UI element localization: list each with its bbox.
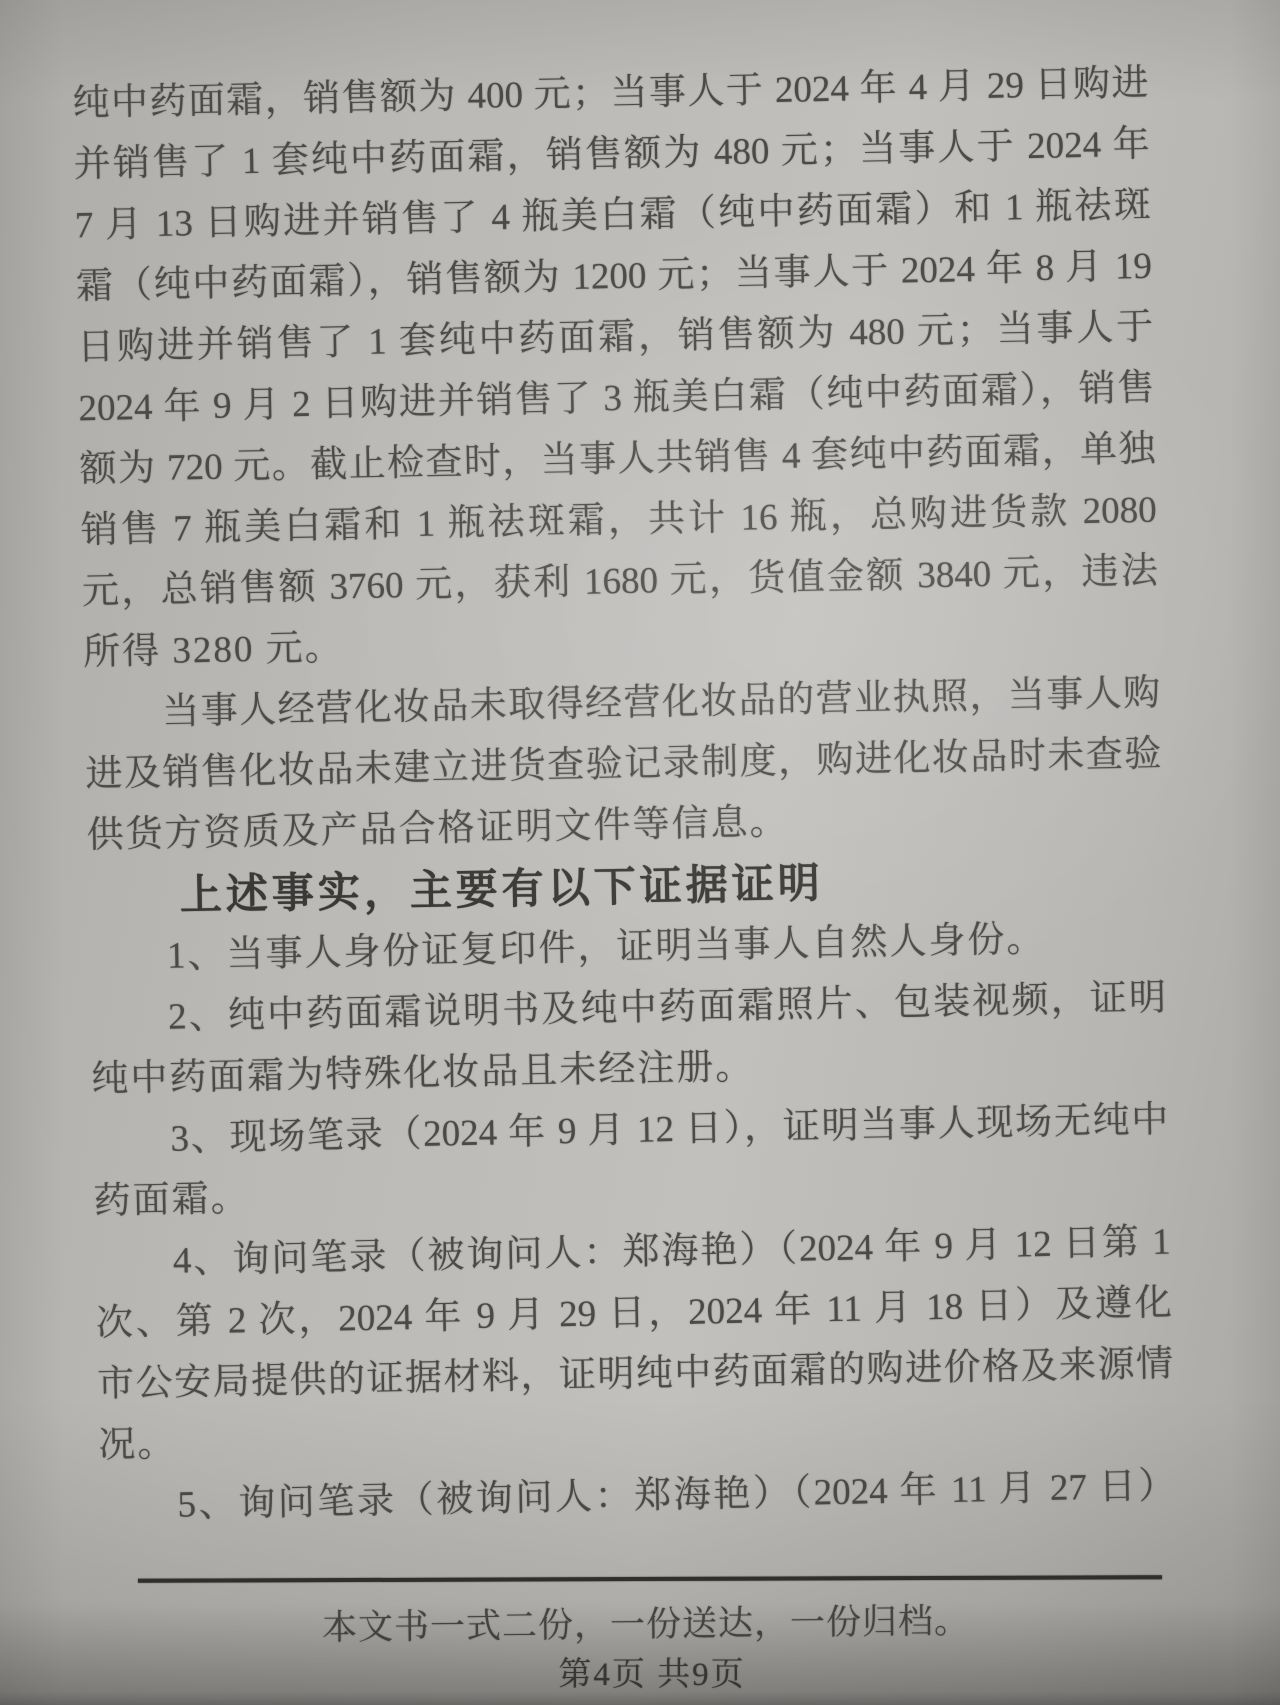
document-body: 纯中药面霜，销售额为 400 元；当事人于 2024 年 4 月 29 日购进并… bbox=[72, 53, 1176, 1537]
page-number: 第4页 共9页 bbox=[12, 1648, 1280, 1695]
footer-divider bbox=[138, 1575, 1162, 1583]
document-page: 纯中药面霜，销售额为 400 元；当事人于 2024 年 4 月 29 日购进并… bbox=[0, 0, 1280, 1705]
footer-note: 本文书一式二份，一份送达，一份归档。 bbox=[6, 1590, 1280, 1653]
